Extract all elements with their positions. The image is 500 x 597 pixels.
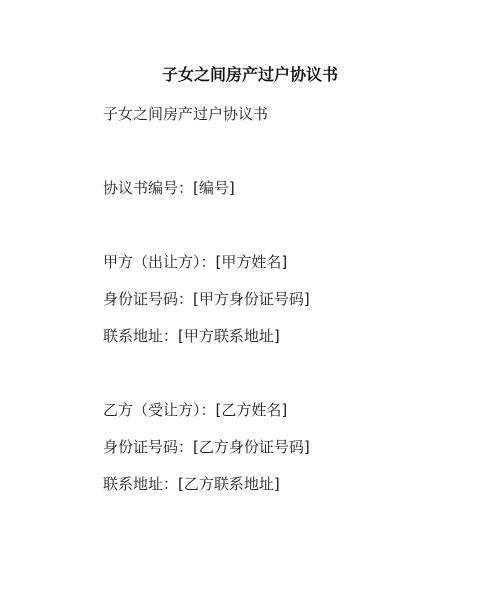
party-a-id-number: 身份证号码：[甲方身份证号码] [103, 288, 310, 310]
party-b-name: 乙方（受让方）：[乙方姓名] [103, 399, 287, 421]
agreement-number: 协议书编号：[编号] [103, 177, 235, 199]
party-b-address: 联系地址：[乙方联系地址] [103, 473, 280, 495]
party-a-address: 联系地址：[甲方联系地址] [103, 325, 280, 347]
document-title: 子女之间房产过户协议书 [0, 63, 500, 87]
document-subtitle: 子女之间房产过户协议书 [103, 103, 268, 125]
document-page: 子女之间房产过户协议书 子女之间房产过户协议书 协议书编号：[编号] 甲方（出让… [0, 0, 500, 597]
party-a-name: 甲方（出让方）：[甲方姓名] [103, 251, 287, 273]
party-b-id-number: 身份证号码：[乙方身份证号码] [103, 436, 310, 458]
